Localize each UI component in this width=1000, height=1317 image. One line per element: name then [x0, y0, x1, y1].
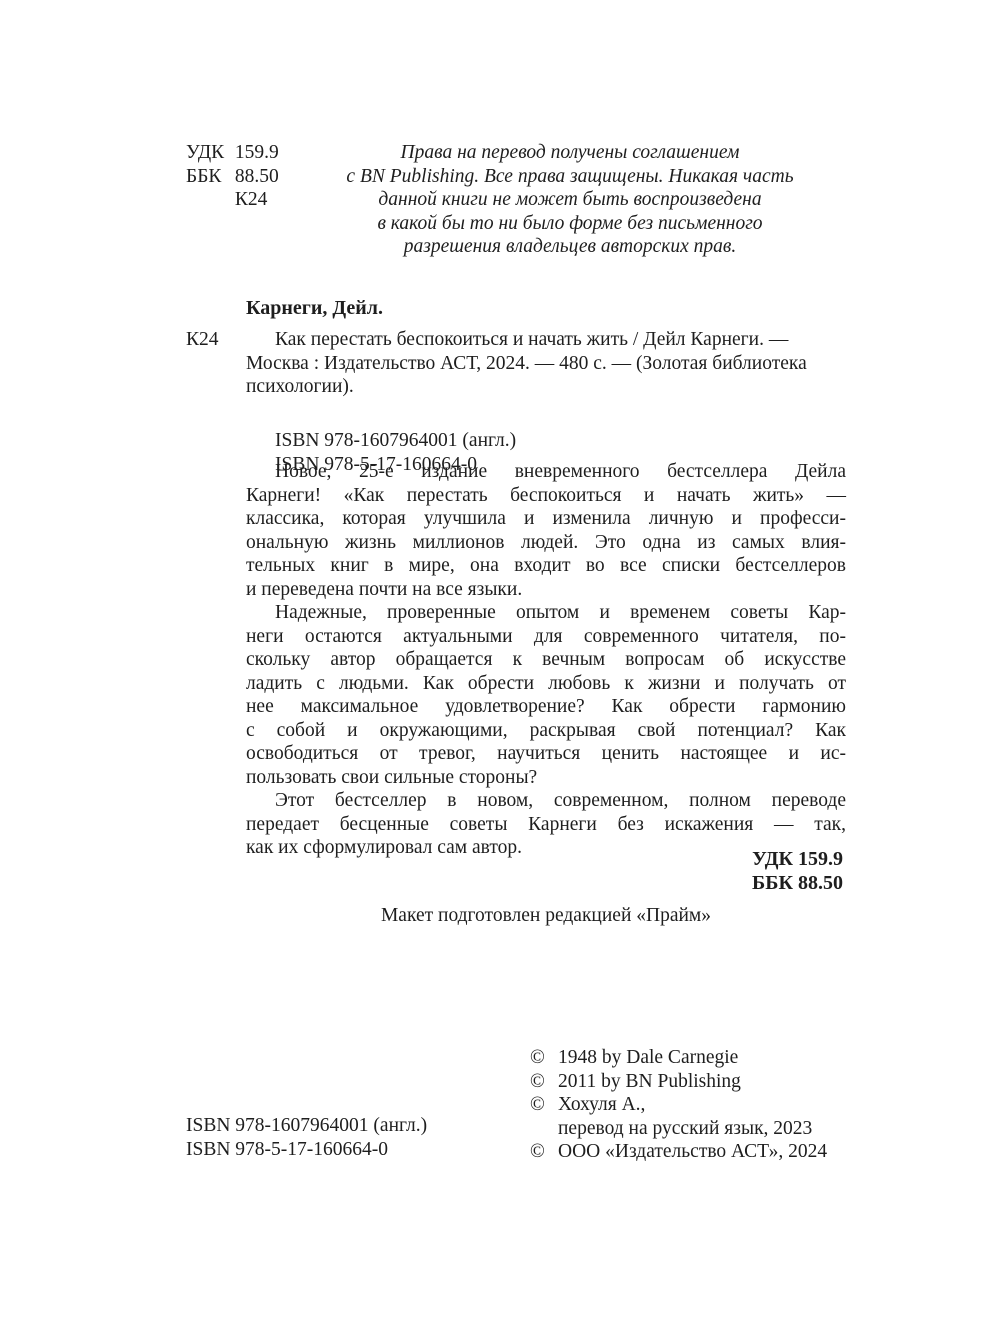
biblio-line: психологии).: [246, 375, 846, 399]
copyright-icon: ©: [530, 1093, 558, 1117]
annotation-line: ладить с людьми. Как обрести любовь к жи…: [246, 672, 846, 696]
annotation-line: классика, которая улучшила и изменила ли…: [246, 507, 846, 531]
author-mark-row: К24: [186, 188, 279, 212]
annotation-line: нее максимальное удовлетворение? Как обр…: [246, 695, 846, 719]
annotation-line: неги остаются актуальными для современно…: [246, 625, 846, 649]
author-mark: К24: [235, 189, 268, 210]
annotation-line: Новое, 25-е издание вневременного бестсе…: [246, 460, 846, 484]
author-heading: Карнеги, Дейл.: [246, 297, 383, 320]
annotation-line: передает бесценные советы Карнеги без ис…: [246, 813, 846, 837]
rights-line: разрешения владельцев авторских прав.: [290, 235, 850, 259]
bbk-value: 88.50: [235, 166, 279, 187]
bbk-label: ББК: [186, 165, 230, 189]
annotation-line: и переведена почти на все языки.: [246, 578, 846, 602]
copyright-text: 2011 by BN Publishing: [558, 1071, 741, 1092]
bbk-code: ББК 88.50: [752, 872, 843, 896]
copyright-text: ООО «Издательство АСТ», 2024: [558, 1141, 827, 1162]
annotation-line: тельных книг в мире, она входит во все с…: [246, 554, 846, 578]
copyright-item: ©Хохуля А.,: [530, 1093, 827, 1117]
annotation-line: скольку автор обращается к вечным вопрос…: [246, 648, 846, 672]
annotation-line: Этот бестселлер в новом, современном, по…: [246, 789, 846, 813]
copyright-item: ©ООО «Издательство АСТ», 2024: [530, 1140, 827, 1164]
copyright-icon: ©: [530, 1140, 558, 1164]
copyright-text: 1948 by Dale Carnegie: [558, 1047, 738, 1068]
udk-row: УДК 159.9: [186, 141, 279, 165]
biblio-line: Как перестать беспокоиться и начать жить…: [246, 328, 846, 352]
copyright-icon: ©: [530, 1046, 558, 1070]
rights-line: данной книги не может быть воспроизведен…: [290, 188, 850, 212]
annotation-paragraph: Надежные, проверенные опытом и временем …: [246, 601, 846, 789]
bibliographic-description: Как перестать беспокоиться и начать жить…: [246, 328, 846, 399]
isbn-line: ISBN 978-5-17-160664-0: [186, 1138, 427, 1162]
annotation-line: с собой и окружающими, раскрывая свой по…: [246, 719, 846, 743]
annotation-line: Надежные, проверенные опытом и временем …: [246, 601, 846, 625]
isbn-line: ISBN 978-1607964001 (англ.): [186, 1114, 427, 1138]
copyright-list: ©1948 by Dale Carnegie ©2011 by BN Publi…: [530, 1046, 827, 1164]
udk-value: 159.9: [235, 142, 279, 163]
udk-code: УДК 159.9: [752, 848, 843, 872]
copyright-text: перевод на русский язык, 2023: [558, 1118, 812, 1139]
copyright-item: ©1948 by Dale Carnegie: [530, 1046, 827, 1070]
isbn-line: ISBN 978-1607964001 (англ.): [275, 429, 516, 453]
annotation-paragraph: Новое, 25-е издание вневременного бестсе…: [246, 460, 846, 601]
index-codes: УДК 159.9 ББК 88.50: [752, 848, 843, 895]
biblio-line: Москва : Издательство АСТ, 2024. — 480 с…: [246, 352, 846, 376]
copyright-item: перевод на русский язык, 2023: [530, 1117, 827, 1141]
layout-credit: Макет подготовлен редакцией «Прайм»: [246, 904, 846, 928]
annotation-line: пользовать свои сильные стороны?: [246, 766, 846, 790]
udk-label: УДК: [186, 141, 230, 165]
copyright-item: ©2011 by BN Publishing: [530, 1070, 827, 1094]
rights-line: с BN Publishing. Все права защищены. Ник…: [290, 165, 850, 189]
annotation-line: Карнеги! «Как перестать беспокоиться и н…: [246, 484, 846, 508]
bottom-isbn-list: ISBN 978-1607964001 (англ.) ISBN 978-5-1…: [186, 1114, 427, 1161]
annotation-line: освободиться от тревог, научиться ценить…: [246, 742, 846, 766]
rights-notice: Права на перевод получены соглашением с …: [290, 141, 850, 259]
rights-line: Права на перевод получены соглашением: [290, 141, 850, 165]
catalog-author-mark: К24: [186, 328, 219, 352]
rights-line: в какой бы то ни было форме без письменн…: [290, 212, 850, 236]
copyright-text: Хохуля А.,: [558, 1094, 645, 1115]
bbk-row: ББК 88.50: [186, 165, 279, 189]
annotation: Новое, 25-е издание вневременного бестсе…: [246, 460, 846, 860]
classification-block: УДК 159.9 ББК 88.50 К24: [186, 141, 279, 212]
copyright-icon: ©: [530, 1070, 558, 1094]
annotation-line: ональную жизнь миллионов людей. Это одна…: [246, 531, 846, 555]
